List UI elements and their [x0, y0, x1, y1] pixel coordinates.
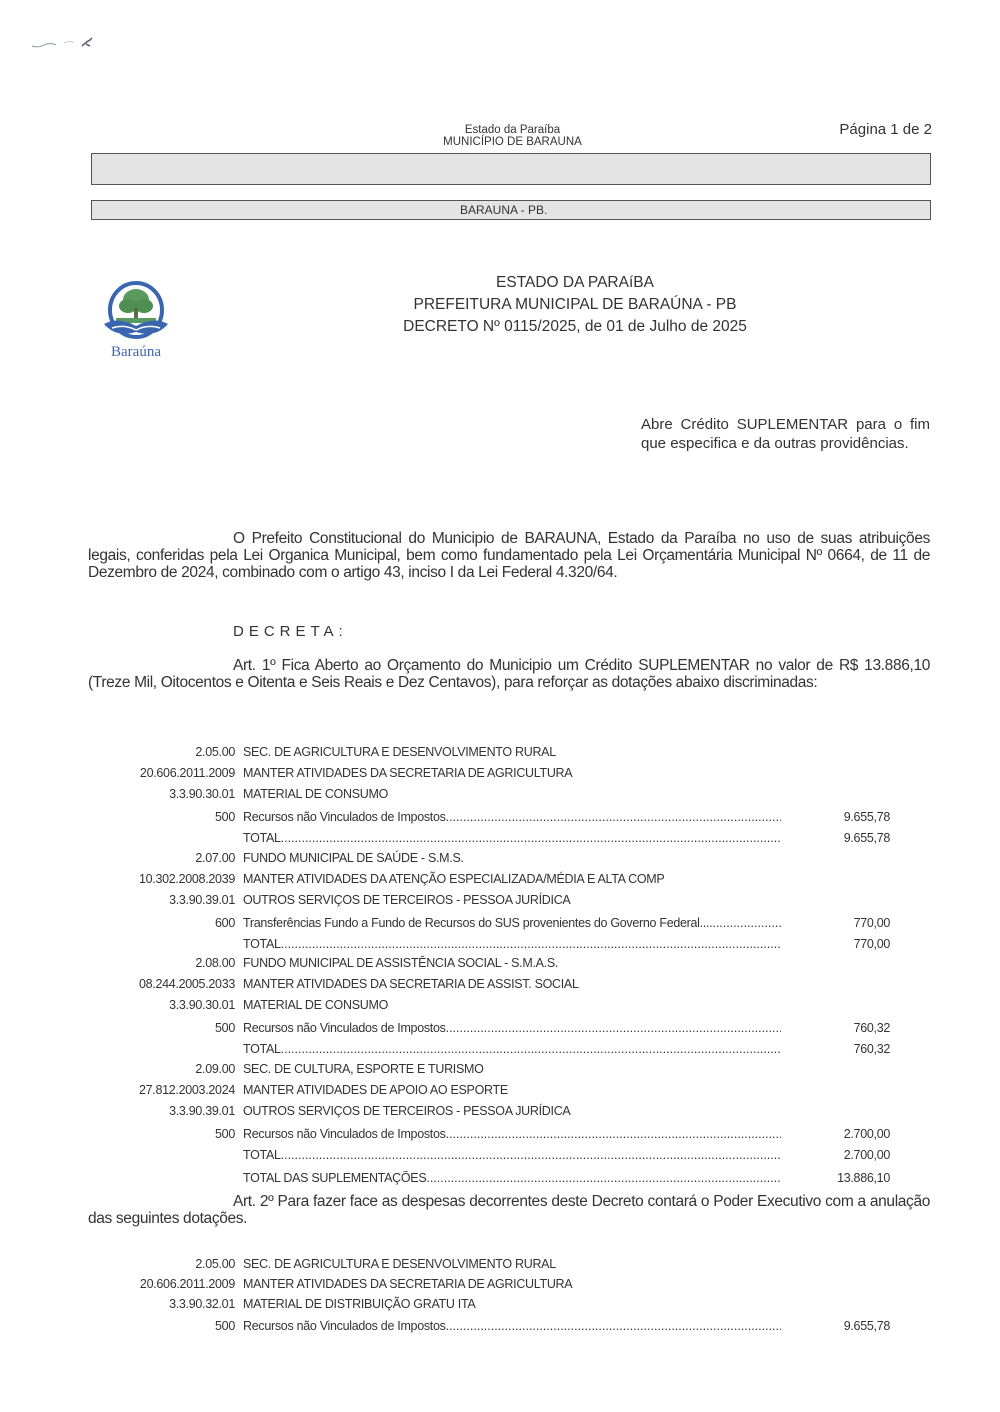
dotation-description: SEC. DE AGRICULTURA E DESENVOLVIMENTO RU…: [243, 745, 556, 759]
description-text: Recursos não Vinculados de Impostos: [243, 810, 446, 824]
title-state: ESTADO DA PARAíBA: [330, 272, 820, 294]
svg-text:Baraúna: Baraúna: [111, 344, 161, 360]
dotation-description: TOTAL: [243, 937, 781, 951]
unit-row: 2.07.00FUNDO MUNICIPAL DE SAÚDE - S.M.S.: [0, 851, 1000, 871]
dotation-code: 3.3.90.30.01: [169, 787, 235, 801]
dotation-code: 500: [215, 1319, 235, 1333]
dotation-description: TOTAL: [243, 831, 781, 845]
dotation-value: 13.886,10: [837, 1171, 890, 1185]
dotation-description: FUNDO MUNICIPAL DE ASSISTÊNCIA SOCIAL - …: [243, 956, 558, 970]
source-row: 600Transferências Fundo a Fundo de Recur…: [0, 916, 1000, 936]
article-1: Art. 1º Fica Aberto ao Orçamento do Muni…: [88, 657, 930, 691]
dotation-description: Transferências Fundo a Fundo de Recursos…: [243, 916, 781, 930]
dotation-description: Recursos não Vinculados de Impostos: [243, 810, 781, 824]
action-row: 20.606.2011.2009MANTER ATIVIDADES DA SEC…: [0, 766, 1000, 786]
dotation-code: 20.606.2011.2009: [140, 1277, 235, 1291]
dotation-code: 500: [215, 1021, 235, 1035]
title-decree: DECRETO Nº 0115/2025, de 01 de Julho de …: [330, 316, 820, 338]
dotation-description: MANTER ATIVIDADES DA SECRETARIA DE AGRIC…: [243, 1277, 572, 1291]
article-2-text: Art. 2º Para fazer face as despesas deco…: [88, 1193, 930, 1227]
report-header: Estado da Paraíba MUNICÍPIO DE BARAUNA: [400, 124, 625, 148]
dotation-description: MANTER ATIVIDADES DA SECRETARIA DE ASSIS…: [243, 977, 579, 991]
dotation-description: TOTAL: [243, 1148, 781, 1162]
header-band-empty: [91, 153, 931, 185]
dotation-code: 10.302.2008.2039: [139, 872, 235, 886]
action-row: 08.244.2005.2033MANTER ATIVIDADES DA SEC…: [0, 977, 1000, 997]
dot-leader: [712, 916, 781, 930]
dotation-code: 27.812.2003.2024: [139, 1083, 235, 1097]
dot-leader: [446, 810, 781, 824]
dotation-code: 2.05.00: [195, 745, 235, 759]
source-row: 500Recursos não Vinculados de Impostos2.…: [0, 1127, 1000, 1147]
description-text: TOTAL: [243, 937, 281, 951]
dotation-code: 500: [215, 1127, 235, 1141]
dotation-description: OUTROS SERVIÇOS DE TERCEIROS - PESSOA JU…: [243, 1104, 570, 1118]
header-municipality: MUNICÍPIO DE BARAUNA: [400, 136, 625, 148]
description-text: Recursos não Vinculados de Impostos: [243, 1127, 446, 1141]
dotation-code: 600: [215, 916, 235, 930]
preamble-text: O Prefeito Constitucional do Municipio d…: [88, 530, 930, 581]
action-row: 20.606.2011.2009MANTER ATIVIDADES DA SEC…: [0, 1277, 1000, 1297]
description-text: Recursos não Vinculados de Impostos: [243, 1319, 446, 1333]
element-row: 3.3.90.32.01MATERIAL DE DISTRIBUIÇÃO GRA…: [0, 1297, 1000, 1317]
source-row: 500Recursos não Vinculados de Impostos76…: [0, 1021, 1000, 1041]
dot-leader: [281, 831, 781, 845]
dotation-value: 9.655,78: [844, 810, 890, 824]
dotation-description: MANTER ATIVIDADES DA SECRETARIA DE AGRIC…: [243, 766, 572, 780]
dotation-code: 3.3.90.39.01: [169, 893, 235, 907]
description-text: Recursos não Vinculados de Impostos: [243, 1021, 446, 1035]
location-label: BARAUNA - PB.: [460, 203, 547, 217]
dotation-description: SEC. DE CULTURA, ESPORTE E TURISMO: [243, 1062, 484, 1076]
dotation-code: 2.08.00: [195, 956, 235, 970]
total-row: TOTAL2.700,00: [0, 1148, 1000, 1168]
dotation-value: 9.655,78: [844, 1319, 890, 1333]
dotation-description: MANTER ATIVIDADES DE APOIO AO ESPORTE: [243, 1083, 508, 1097]
document-title: ESTADO DA PARAíBA PREFEITURA MUNICIPAL D…: [330, 272, 820, 338]
dotation-description: TOTAL DAS SUPLEMENTAÇÕES: [243, 1171, 781, 1185]
dotation-value: 760,32: [854, 1042, 890, 1056]
dotation-description: MATERIAL DE CONSUMO: [243, 998, 388, 1012]
title-prefecture: PREFEITURA MUNICIPAL DE BARAÚNA - PB: [330, 294, 820, 316]
header-band-location: BARAUNA - PB.: [91, 200, 931, 220]
decreta-heading: DECRETA:: [233, 623, 348, 640]
preamble-paragraph: O Prefeito Constitucional do Municipio d…: [88, 530, 930, 581]
dotation-code: 500: [215, 810, 235, 824]
dotation-code: 3.3.90.30.01: [169, 998, 235, 1012]
element-row: 3.3.90.30.01MATERIAL DE CONSUMO: [0, 998, 1000, 1018]
dotation-value: 2.700,00: [844, 1127, 890, 1141]
dotation-description: FUNDO MUNICIPAL DE SAÚDE - S.M.S.: [243, 851, 464, 865]
municipal-coat-of-arms-icon: Baraúna: [98, 280, 174, 360]
dot-leader: [281, 937, 781, 951]
dotation-code: 3.3.90.32.01: [169, 1297, 235, 1311]
description-text: TOTAL: [243, 831, 281, 845]
unit-row: 2.05.00SEC. DE AGRICULTURA E DESENVOLVIM…: [0, 1257, 1000, 1277]
dot-leader: [281, 1042, 781, 1056]
dot-leader: [446, 1127, 781, 1141]
dotation-description: SEC. DE AGRICULTURA E DESENVOLVIMENTO RU…: [243, 1257, 556, 1271]
element-row: 3.3.90.39.01OUTROS SERVIÇOS DE TERCEIROS…: [0, 893, 1000, 913]
unit-row: 2.08.00FUNDO MUNICIPAL DE ASSISTÊNCIA SO…: [0, 956, 1000, 976]
action-row: 10.302.2008.2039MANTER ATIVIDADES DA ATE…: [0, 872, 1000, 892]
dot-leader: [281, 1148, 781, 1162]
decree-summary: Abre Crédito SUPLEMENTAR para o fim que …: [641, 415, 930, 453]
total-row: TOTAL760,32: [0, 1042, 1000, 1062]
element-row: 3.3.90.30.01MATERIAL DE CONSUMO: [0, 787, 1000, 807]
pen-mark-scribble: [30, 34, 100, 50]
dotation-description: Recursos não Vinculados de Impostos: [243, 1021, 781, 1035]
source-row: 500Recursos não Vinculados de Impostos9.…: [0, 1319, 1000, 1339]
total-row: TOTAL770,00: [0, 937, 1000, 957]
unit-row: 2.05.00SEC. DE AGRICULTURA E DESENVOLVIM…: [0, 745, 1000, 765]
grand-total-row: TOTAL DAS SUPLEMENTAÇÕES13.886,10: [0, 1171, 1000, 1191]
dotation-code: 2.07.00: [195, 851, 235, 865]
dotation-description: OUTROS SERVIÇOS DE TERCEIROS - PESSOA JU…: [243, 893, 570, 907]
dotation-code: 08.244.2005.2033: [139, 977, 235, 991]
dotation-code: 2.05.00: [195, 1257, 235, 1271]
description-text: TOTAL: [243, 1148, 281, 1162]
page-indicator: Página 1 de 2: [760, 121, 932, 138]
source-row: 500Recursos não Vinculados de Impostos9.…: [0, 810, 1000, 830]
dotation-description: MATERIAL DE DISTRIBUIÇÃO GRATU ITA: [243, 1297, 475, 1311]
dotation-value: 760,32: [854, 1021, 890, 1035]
dotation-code: 20.606.2011.2009: [140, 766, 235, 780]
action-row: 27.812.2003.2024MANTER ATIVIDADES DE APO…: [0, 1083, 1000, 1103]
dotation-description: MANTER ATIVIDADES DA ATENÇÃO ESPECIALIZA…: [243, 872, 664, 886]
total-row: TOTAL9.655,78: [0, 831, 1000, 851]
dotation-description: MATERIAL DE CONSUMO: [243, 787, 388, 801]
description-text: Transferências Fundo a Fundo de Recursos…: [243, 916, 712, 930]
header-state: Estado da Paraíba: [400, 124, 625, 136]
dotation-value: 770,00: [854, 937, 890, 951]
dotation-value: 770,00: [854, 916, 890, 930]
dotation-value: 9.655,78: [844, 831, 890, 845]
element-row: 3.3.90.39.01OUTROS SERVIÇOS DE TERCEIROS…: [0, 1104, 1000, 1124]
description-text: TOTAL: [243, 1042, 281, 1056]
article-1-text: Art. 1º Fica Aberto ao Orçamento do Muni…: [88, 657, 930, 691]
article-2: Art. 2º Para fazer face as despesas deco…: [88, 1193, 930, 1227]
dotation-description: TOTAL: [243, 1042, 781, 1056]
dot-leader: [426, 1171, 781, 1185]
description-text: TOTAL DAS SUPLEMENTAÇÕES: [243, 1171, 426, 1185]
dot-leader: [446, 1319, 781, 1333]
dotation-description: Recursos não Vinculados de Impostos: [243, 1127, 781, 1141]
dotation-description: Recursos não Vinculados de Impostos: [243, 1319, 781, 1333]
dot-leader: [446, 1021, 781, 1035]
unit-row: 2.09.00SEC. DE CULTURA, ESPORTE E TURISM…: [0, 1062, 1000, 1082]
dotation-code: 2.09.00: [195, 1062, 235, 1076]
dotation-code: 3.3.90.39.01: [169, 1104, 235, 1118]
dotation-value: 2.700,00: [844, 1148, 890, 1162]
